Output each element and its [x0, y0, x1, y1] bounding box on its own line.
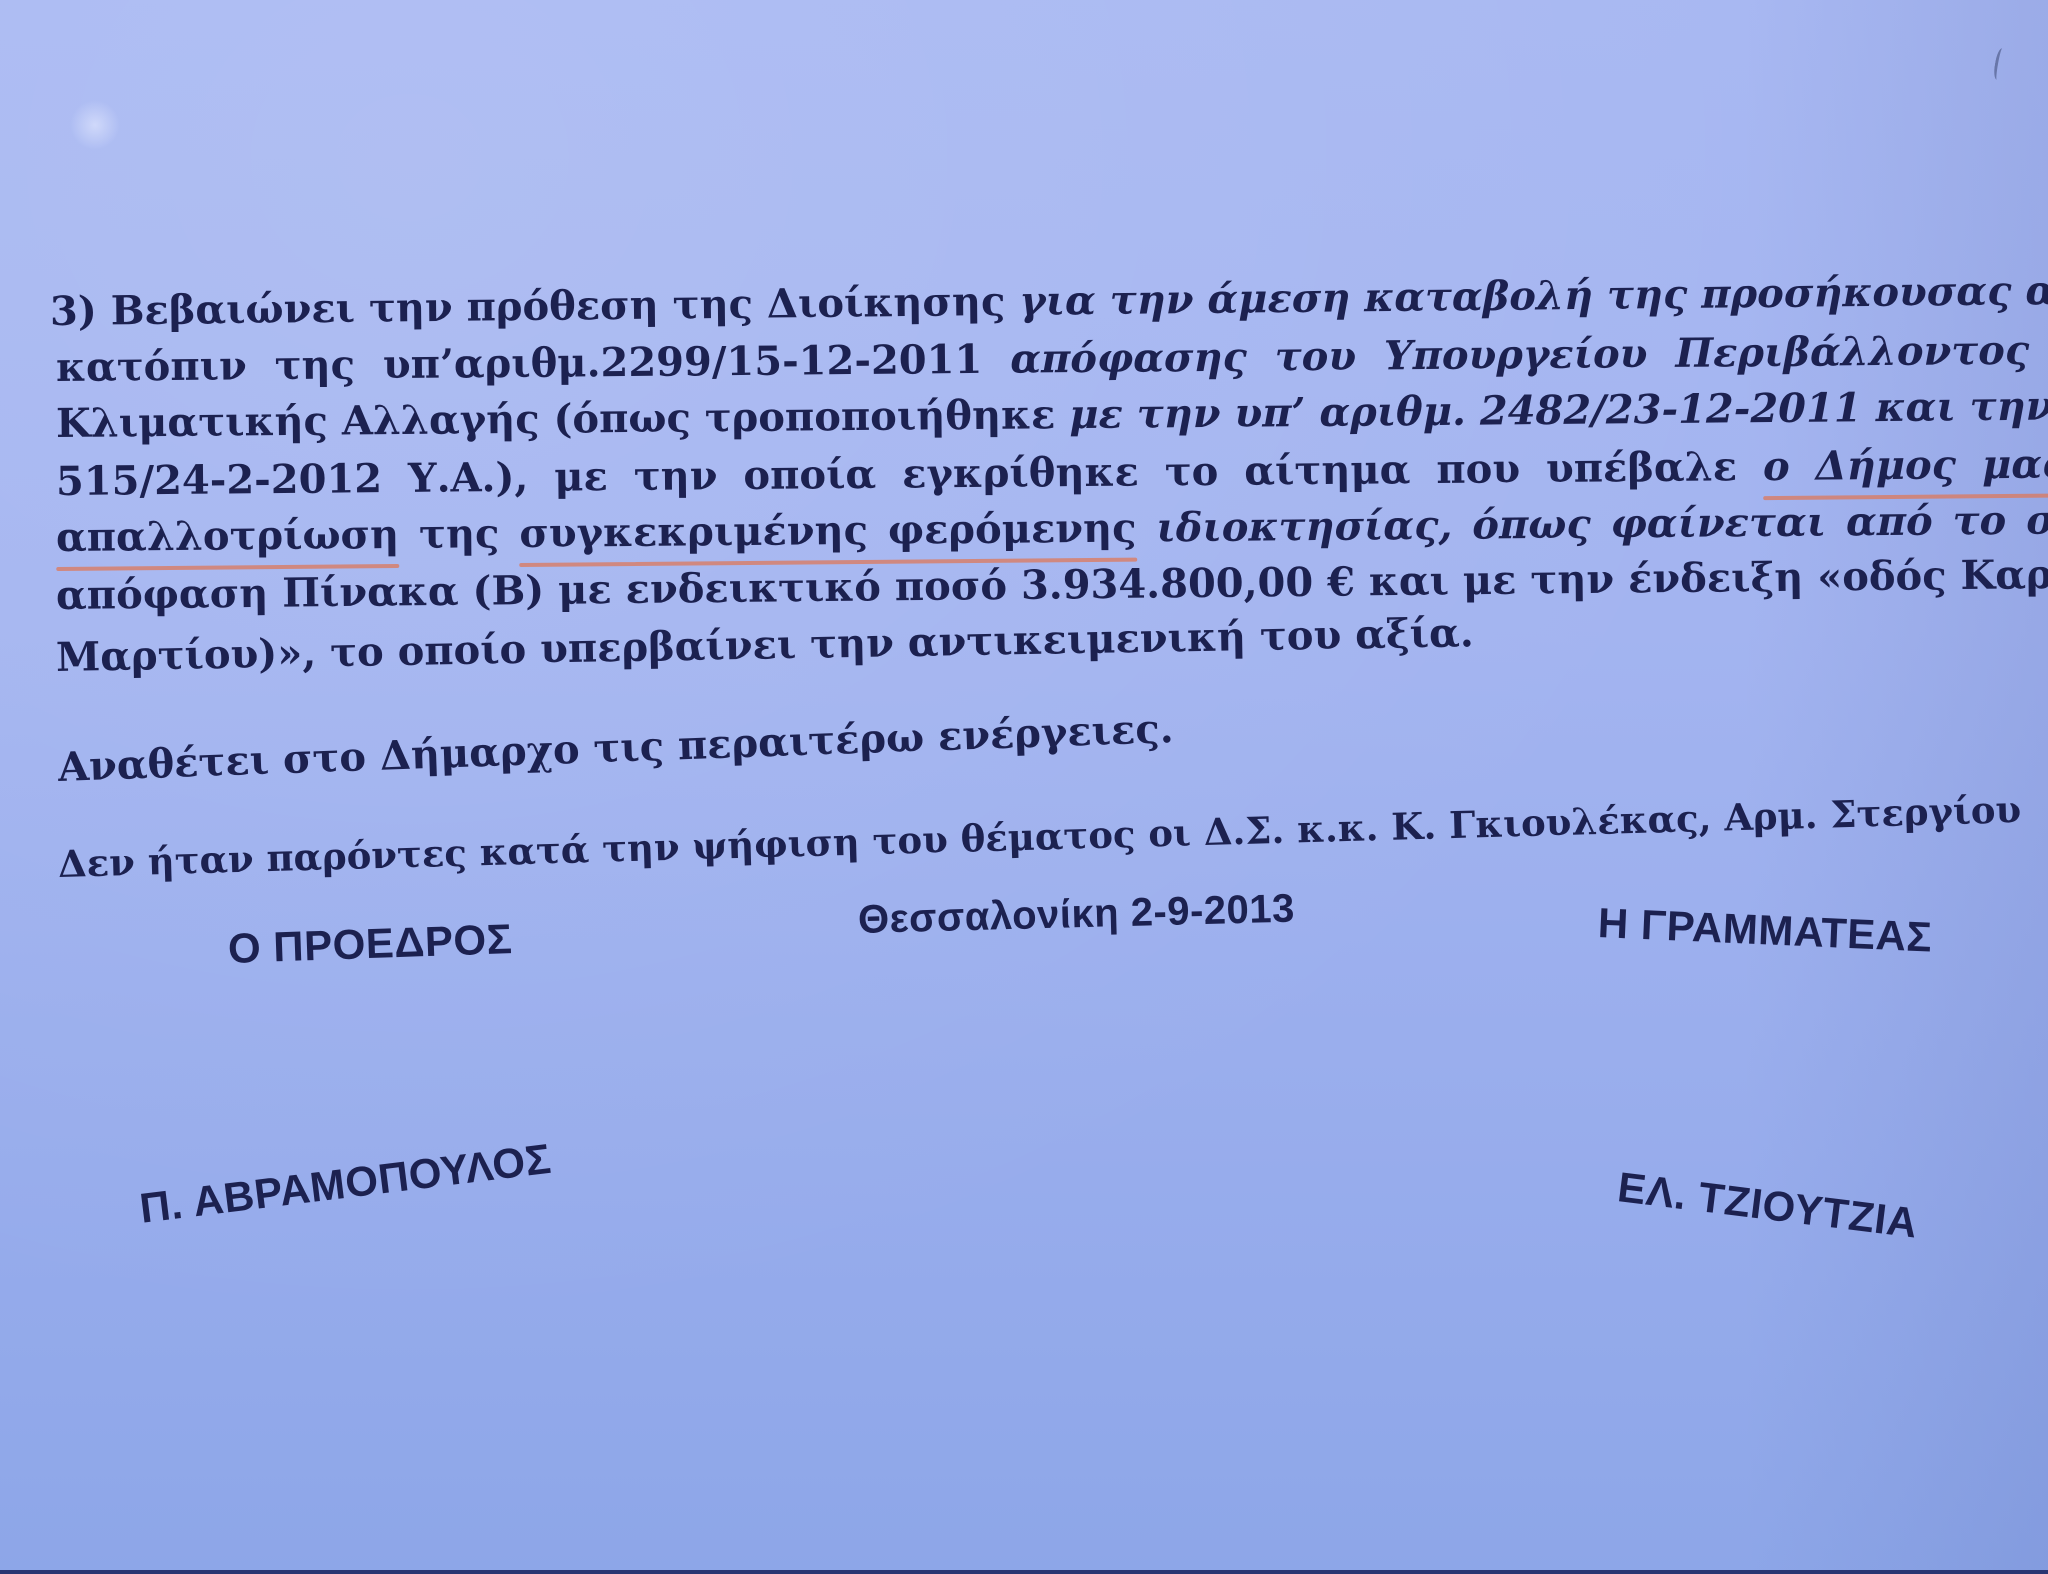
text-segment: απόφασης του Υπουργείου Περιβάλλοντος Εν…	[982, 324, 2048, 382]
text-segment: Δεν ήταν παρόντες κατά την ψήφιση του θέ…	[57, 787, 2021, 886]
text-segment: κατόπιν της υπ’αριθμ.2299/15-12-2011	[56, 336, 983, 391]
text-segment: Θεσσαλονίκη 2-9-2013	[857, 887, 1295, 942]
paragraph-line-5: απαλλοτρίωση της συγκεκριμένης φερόμενης…	[56, 498, 2048, 558]
paragraph-line-6: απόφαση Πίνακα (Β) με ενδεικτικό ποσό 3.…	[56, 552, 2048, 616]
paragraph-line-1: 3) Βεβαιώνει την πρόθεση της Διοίκησης γ…	[50, 269, 2048, 332]
text-segment: Ο ΠΡΟΕΔΡΟΣ	[227, 915, 513, 972]
text-segment: Αναθέτει στο Δήμαρχο τις περαιτέρω ενέργ…	[57, 705, 1174, 791]
text-segment: Μαρτίου)», το οποίο υπερβαίνει την αντικ…	[56, 609, 1474, 681]
text-segment: Π. ΑΒΡΑΜΟΠΟΥΛΟΣ	[137, 1135, 554, 1232]
paragraph-line-4: 515/24-2-2012 Υ.Α.), με την οποία εγκρίθ…	[56, 444, 2048, 502]
paragraph-line-2: κατόπιν της υπ’αριθμ.2299/15-12-2011 από…	[56, 328, 2048, 388]
text-segment: ιδιοκτησίας, όπως φαίνεται από το συνημμ…	[1136, 494, 2048, 551]
paragraph-line-3: Κλιματικής Αλλαγής (όπως τροποποιήθηκε μ…	[56, 385, 2048, 444]
highlighted-text: απαλλοτρίωση	[56, 511, 400, 561]
text-segment: για την άμεση καταβολή της προσήκουσας α…	[1005, 265, 2048, 325]
photo-bottom-edge	[0, 1570, 2048, 1574]
secretary-name: ΕΛ. ΤΖΙΟΥΤΖΙΑ	[1615, 1166, 1920, 1244]
text-segment: της	[399, 510, 520, 558]
text-segment: Η ΓΡΑΜΜΑΤΕΑΣ	[1597, 899, 1933, 961]
pen-mark	[1992, 47, 2006, 80]
paper-scuff	[70, 100, 120, 150]
text-segment: Κλιματικής Αλλαγής (όπως τροποποιήθηκε	[56, 391, 1056, 447]
president-title: Ο ΠΡΟΕΔΡΟΣ	[227, 918, 513, 970]
paragraph-line-7: Μαρτίου)», το οποίο υπερβαίνει την αντικ…	[56, 613, 1474, 678]
secretary-title: Η ΓΡΑΜΜΑΤΕΑΣ	[1597, 902, 1933, 959]
text-segment: ΕΛ. ΤΖΙΟΥΤΖΙΑ	[1615, 1163, 1920, 1246]
text-segment: με την υπ’ αριθμ. 2482/23-12-2011 και τη…	[1055, 381, 2048, 438]
text-segment: 3) Βεβαιώνει την πρόθεση της Διοίκησης	[50, 278, 1006, 335]
absentees-line: Δεν ήταν παρόντες κατά την ψήφιση του θέ…	[57, 791, 2021, 883]
president-name: Π. ΑΒΡΑΜΟΠΟΥΛΟΣ	[137, 1138, 553, 1230]
highlighted-text: συγκεκριμένης φερόμενης	[519, 505, 1137, 557]
assignment-line: Αναθέτει στο Δήμαρχο τις περαιτέρω ενέργ…	[57, 709, 1174, 788]
place-date: Θεσσαλονίκη 2-9-2013	[857, 889, 1295, 940]
highlighted-text: ο Δήμος μας για	[1763, 440, 2048, 491]
text-segment: 515/24-2-2012 Υ.Α.), με την οποία εγκρίθ…	[56, 443, 1763, 505]
paper-surface	[0, 0, 2048, 1574]
